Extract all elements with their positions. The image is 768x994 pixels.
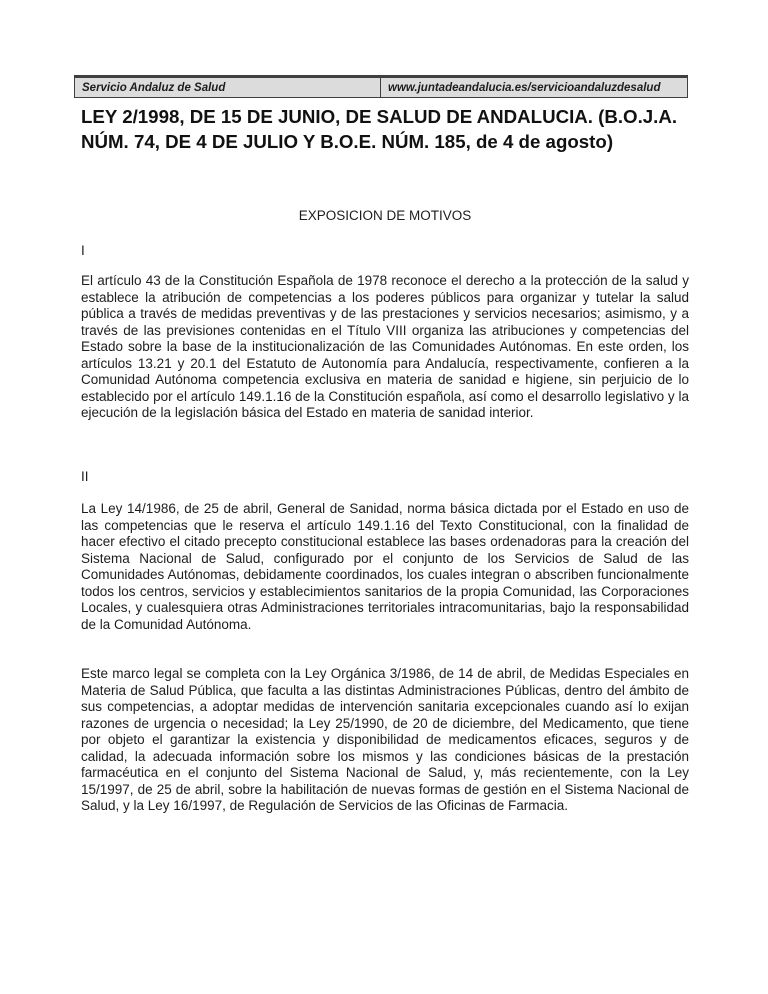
- paragraph-constitucion: El artículo 43 de la Constitución Españo…: [81, 273, 689, 422]
- paragraph-marco-legal: Este marco legal se completa con la Ley …: [81, 666, 689, 815]
- section-heading-exposicion-de-motivos: EXPOSICION DE MOTIVOS: [81, 208, 689, 225]
- roman-numeral-section-1: I: [81, 243, 689, 260]
- roman-numeral-section-2: II: [81, 469, 689, 486]
- document-page: Servicio Andaluz de Salud www.juntadeand…: [0, 0, 768, 994]
- page-header-table: Servicio Andaluz de Salud www.juntadeand…: [74, 75, 688, 98]
- header-cell-website-url: www.juntadeandalucia.es/servicioandaluzd…: [381, 78, 687, 97]
- law-title: LEY 2/1998, DE 15 DE JUNIO, DE SALUD DE …: [81, 105, 689, 154]
- header-cell-organization: Servicio Andaluz de Salud: [75, 78, 381, 97]
- paragraph-ley-general-sanidad: La Ley 14/1986, de 25 de abril, General …: [81, 501, 689, 633]
